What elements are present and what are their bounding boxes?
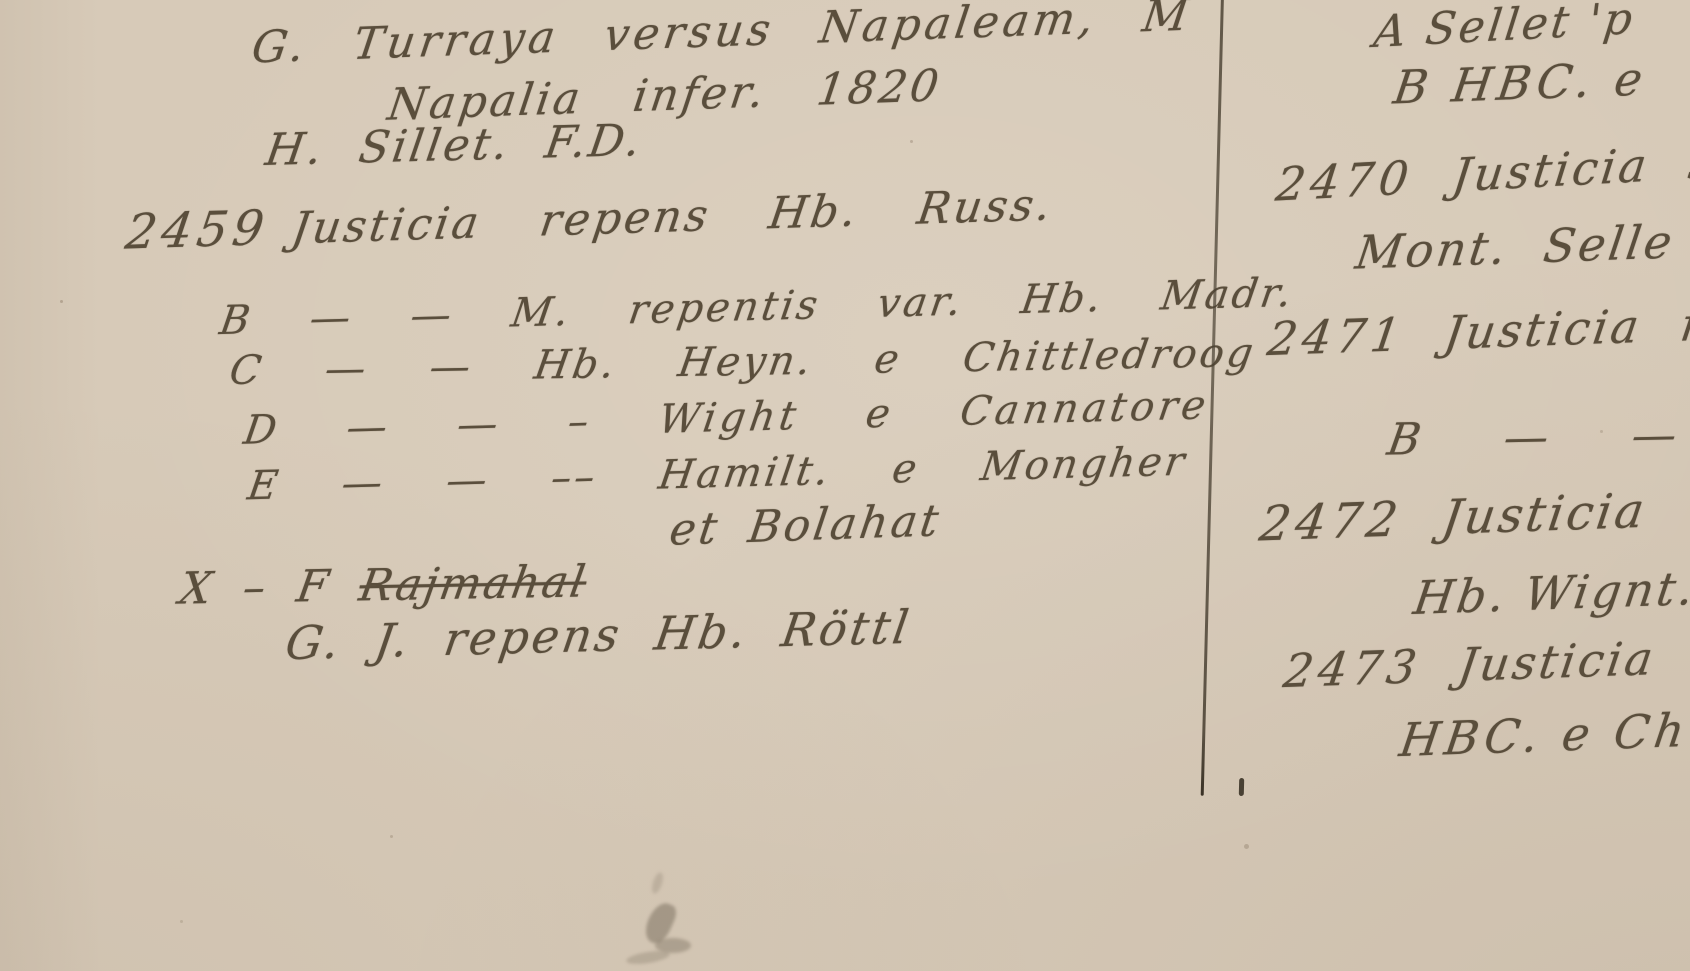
entry-2472-name: Justicia W	[1438, 479, 1690, 546]
line-turraya: G. Turraya versus Napaleam, M	[249, 0, 1196, 74]
entry-2472-detail: Hb. Wignt.	[1410, 561, 1690, 625]
entry-2470: 2470 Justicia s	[1273, 134, 1690, 211]
struck-word-rajmahal: Rajmahal	[356, 556, 591, 611]
entry-2471-detail: B — —	[1384, 409, 1683, 465]
line-habitat-sillet: H. Sillet. F.D.	[262, 115, 646, 176]
entry-2459-name: Justicia repens Hb. Russ.	[288, 179, 1057, 254]
entry-2470-name: Justicia s	[1449, 134, 1690, 202]
entry-2471-number: 2471	[1264, 307, 1409, 366]
entry-2472: 2472 Justicia W	[1256, 479, 1690, 552]
manuscript-page: G. Turraya versus Napaleam, M Napalia in…	[0, 0, 1690, 971]
entry-2459-number: 2459	[122, 200, 272, 261]
entry-2470-detail: Mont. Selle	[1352, 214, 1678, 279]
entry-2472-number: 2472	[1256, 491, 1406, 552]
column-divider-ink-tip	[1239, 778, 1244, 796]
entry-2473: 2473 Justicia (a	[1280, 628, 1690, 698]
entry-2471-name: Justicia m	[1441, 296, 1690, 360]
entry-2459-variant-e-continuation: et Bolahat	[666, 495, 944, 556]
entry-2459-variant-f-crossed: X – F Rajmahal	[176, 556, 590, 614]
line-b-hbc: B HBC. e	[1390, 51, 1651, 114]
ink-smudge	[625, 949, 670, 967]
entry-2473-number: 2473	[1280, 639, 1425, 698]
cross-mark: X – F	[176, 561, 334, 615]
entry-2459: 2459Justicia repens Hb. Russ.	[122, 175, 1057, 260]
line-a-sellet: A Sellet 'p	[1371, 0, 1638, 58]
ink-smudge	[650, 871, 665, 895]
entry-2471: 2471 Justicia m	[1264, 296, 1690, 366]
entry-2473-name: Justicia (a	[1455, 628, 1690, 692]
entry-2470-number: 2470	[1273, 150, 1417, 212]
paper-specks	[60, 300, 63, 303]
entry-2473-detail: HBC. e Ch	[1396, 703, 1690, 767]
